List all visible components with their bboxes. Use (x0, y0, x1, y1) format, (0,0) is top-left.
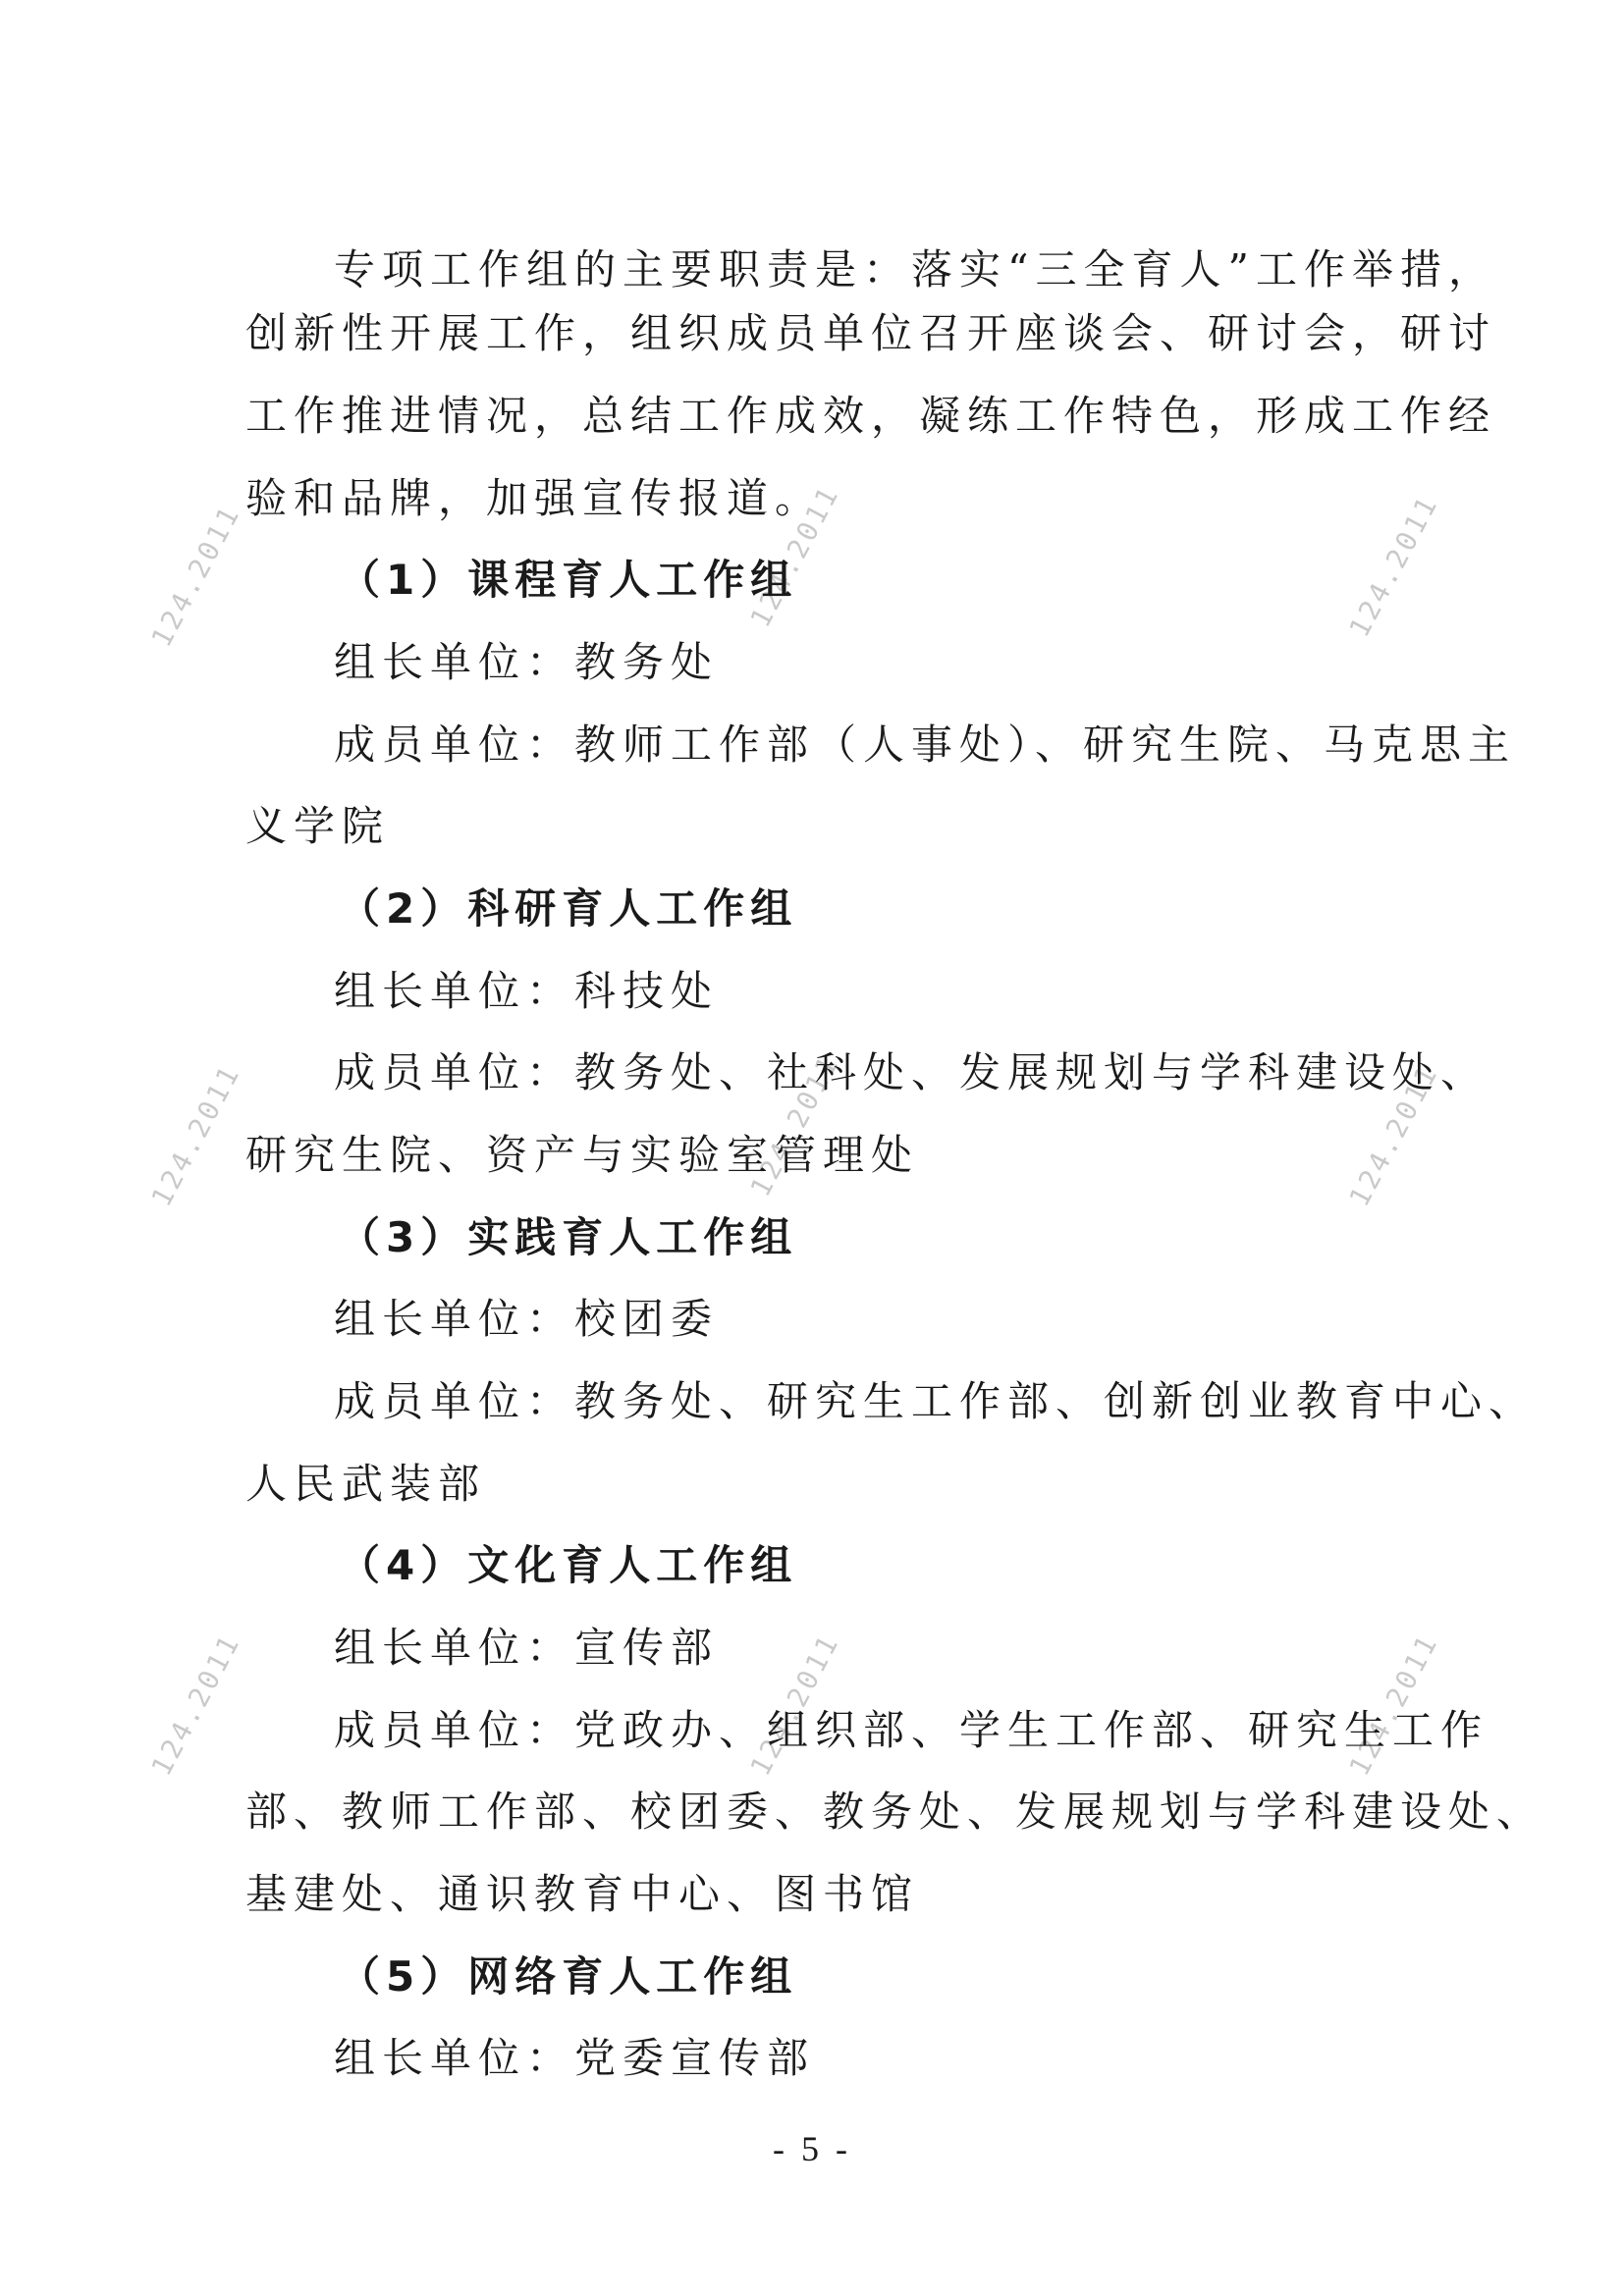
watermark: 124.2011 (145, 1629, 247, 1782)
group-members: 人民武装部 (245, 1457, 1384, 1512)
document-page: 124.2011 124.2011 124.2011 124.2011 124.… (0, 0, 1624, 2296)
page-number: - 5 - (0, 2128, 1624, 2169)
paragraph-line: 验和品牌，加强宣传报道。 (245, 471, 1384, 526)
group-leader: 组长单位：党委宣传部 (334, 2031, 1473, 2086)
group-members: 成员单位：教务处、社科处、发展规划与学科建设处、 (334, 1045, 1473, 1100)
paragraph-line: 创新性开展工作，组织成员单位召开座谈会、研讨会，研讨 (245, 306, 1384, 361)
group-members: 成员单位：教务处、研究生工作部、创新创业教育中心、 (334, 1374, 1473, 1429)
group-title: （3）实践育人工作组 (339, 1210, 1478, 1265)
watermark: 124.2011 (145, 500, 247, 653)
group-members: 研究生院、资产与实验室管理处 (245, 1128, 1384, 1183)
group-members: 基建处、通识教育中心、图书馆 (245, 1867, 1384, 1922)
paragraph-line: 专项工作组的主要职责是：落实“三全育人”工作举措， (334, 242, 1384, 297)
group-title: （4）文化育人工作组 (339, 1538, 1478, 1593)
paragraph-line: 工作推进情况，总结工作成效，凝练工作特色，形成工作经 (245, 389, 1384, 444)
group-title: （1）课程育人工作组 (339, 553, 1478, 608)
group-title: （2）科研育人工作组 (339, 881, 1478, 936)
group-title: （5）网络育人工作组 (339, 1949, 1478, 2004)
group-members: 义学院 (245, 799, 1384, 854)
group-leader: 组长单位：教务处 (334, 635, 1473, 690)
group-leader: 组长单位：宣传部 (334, 1621, 1473, 1676)
group-leader: 组长单位：科技处 (334, 964, 1473, 1019)
watermark: 124.2011 (145, 1059, 247, 1212)
group-leader: 组长单位：校团委 (334, 1292, 1473, 1347)
group-members: 部、教师工作部、校团委、教务处、发展规划与学科建设处、 (245, 1785, 1384, 1840)
group-members: 成员单位：党政办、组织部、学生工作部、研究生工作 (334, 1703, 1473, 1758)
group-members: 成员单位：教师工作部（人事处）、研究生院、马克思主 (334, 718, 1473, 773)
